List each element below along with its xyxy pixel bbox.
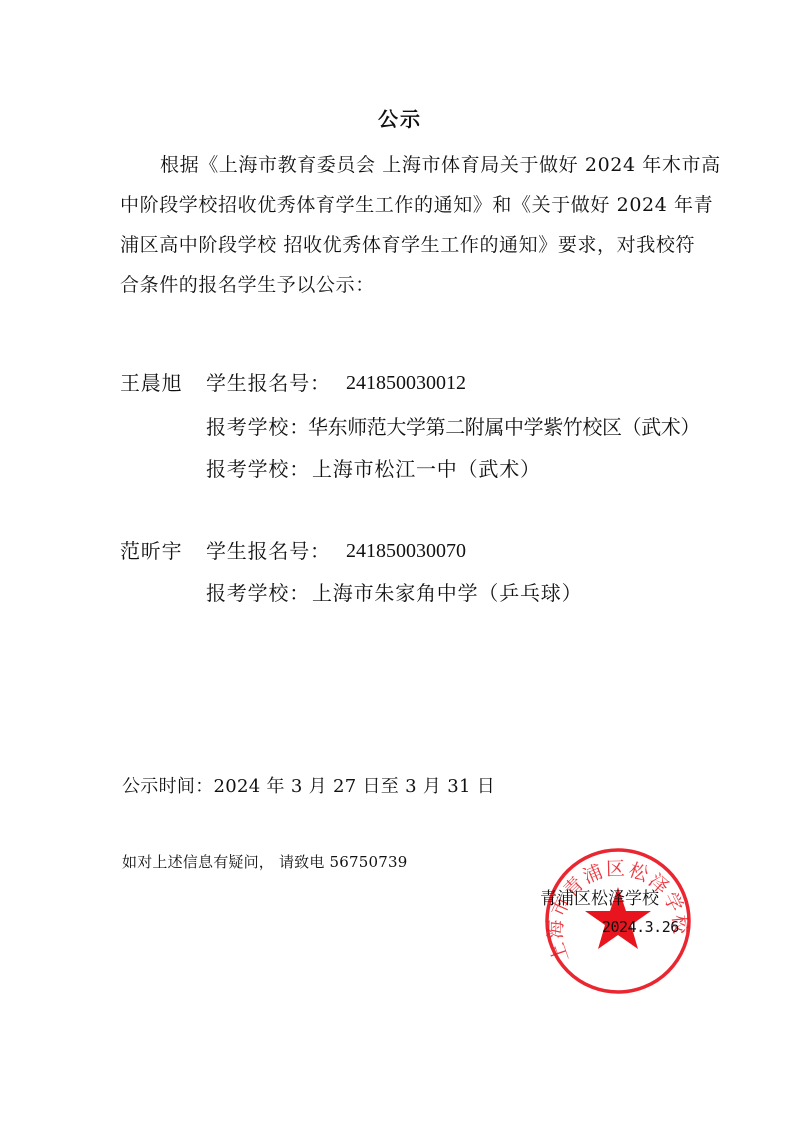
school-name: 上海市朱家角中学（乒乓球）: [312, 580, 582, 606]
signature-date: 2024.3.26: [602, 918, 679, 936]
student-name: 王晨旭: [120, 370, 182, 396]
school-name: 华东师范大学第二附属中学紫竹校区（武术）: [308, 414, 700, 440]
school-label: 报考学校：: [206, 580, 310, 606]
page-title: 公示: [0, 103, 800, 132]
registration-number: 241850030012: [346, 370, 466, 396]
school-label: 报考学校：: [206, 414, 310, 440]
intro-line: 根据《上海市教育委员会 上海市体育局关于做好 2024 年木市高: [160, 153, 721, 177]
intro-line: 中阶段学校招收优秀体育学生工作的通知》和《关于做好 2024 年青: [120, 193, 713, 217]
contact-info: 如对上述信息有疑问， 请致电 56750739: [122, 851, 408, 872]
publicity-period: 公示时间：2024 年 3 月 27 日至 3 月 31 日: [122, 772, 495, 798]
registration-number: 241850030070: [346, 538, 466, 564]
registration-label: 学生报名号：: [206, 370, 331, 396]
registration-label: 学生报名号：: [206, 538, 331, 564]
school-label: 报考学校：: [206, 456, 310, 482]
intro-line: 浦区高中阶段学校 招收优秀体育学生工作的通知》要求，对我校符: [120, 233, 695, 257]
intro-line: 合条件的报名学生予以公示：: [120, 273, 375, 297]
signature-organization: 青浦区松泽学校: [540, 884, 659, 909]
student-name: 范昕宇: [120, 538, 182, 564]
school-name: 上海市松江一中（武术）: [312, 456, 541, 482]
